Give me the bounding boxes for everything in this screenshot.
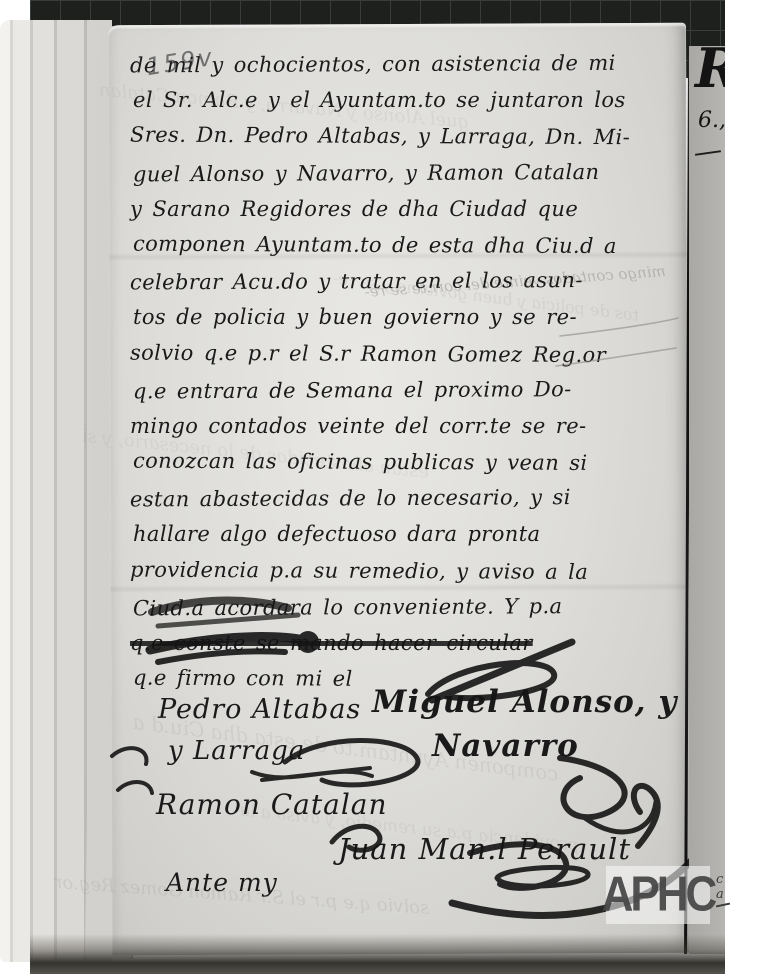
manuscript-line: hallare algo defectuoso dara pronta [130, 516, 678, 552]
manuscript-line: tos de policia y buen govierno y se re- [130, 299, 678, 335]
manuscript-scan: mingo contados veinte del corr.te se re-… [0, 0, 757, 980]
manuscript-line: estan abastecidas de lo necesario, y si [130, 479, 678, 518]
manuscript-body-text: de mil y ochocientos, con asistencia de … [130, 46, 678, 697]
manuscript-line: solvio q.e p.r el S.r Ramon Gomez Reg.or [130, 334, 678, 373]
next-page-number-underline [695, 150, 721, 156]
aphc-watermark: APHC [606, 866, 710, 924]
manuscript-line: mingo contados veinte del corr.te se re- [130, 408, 678, 444]
manuscript-line: componen Ayuntam.to de esta dha Ciu.d a [130, 226, 678, 265]
manuscript-line: de mil y ochocientos, con asistencia de … [130, 45, 678, 84]
manuscript-line: celebrar Acu.do y tratar en el los asun- [130, 262, 678, 301]
manuscript-line: el Sr. Alc.e y el Ayuntam.to se juntaron… [130, 82, 678, 118]
manuscript-line: y Sarano Regidores de dha Ciudad que [130, 191, 678, 227]
signature-ramon-catalan: Ramon Catalan [156, 788, 388, 821]
signature-juan-manuel-perault: Juan Man.l Perault [338, 832, 631, 866]
signature-pedro-altabas-line2: y Larraga [168, 736, 305, 766]
manuscript-line: providencia p.a su remedio, y aviso a la [130, 551, 678, 590]
manuscript-line: guel Alonso y Navarro, y Ramon Catalan [130, 153, 678, 192]
manuscript-line: Sres. Dn. Pedro Altabas, y Larraga, Dn. … [130, 117, 678, 156]
manuscript-line: Ciud.a acordara lo conveniente. Y p.a [130, 587, 678, 626]
manuscript-line: q.e entrara de Semana el proximo Do- [130, 370, 678, 409]
notary-ante-mi: Ante my [166, 868, 278, 897]
next-page-number: 6., [698, 108, 725, 133]
next-page-sliver: R 6., [689, 46, 725, 954]
signature-miguel-alonso-line2: Navarro [432, 728, 579, 764]
signature-pedro-altabas-line1: Pedro Altabas [158, 694, 361, 725]
signature-miguel-alonso-line1: Miguel Alonso, y [372, 684, 677, 720]
aphc-watermark-text: APHC [602, 867, 715, 923]
book-bottom-shadow [30, 934, 725, 974]
next-page-margin-marks: c a [716, 872, 728, 906]
next-page-heading-flourish: R [695, 46, 725, 100]
manuscript-line: q.e conste se mando hacer circular [130, 625, 678, 661]
manuscript-line: conozcan las oficinas publicas y vean si [130, 443, 678, 482]
